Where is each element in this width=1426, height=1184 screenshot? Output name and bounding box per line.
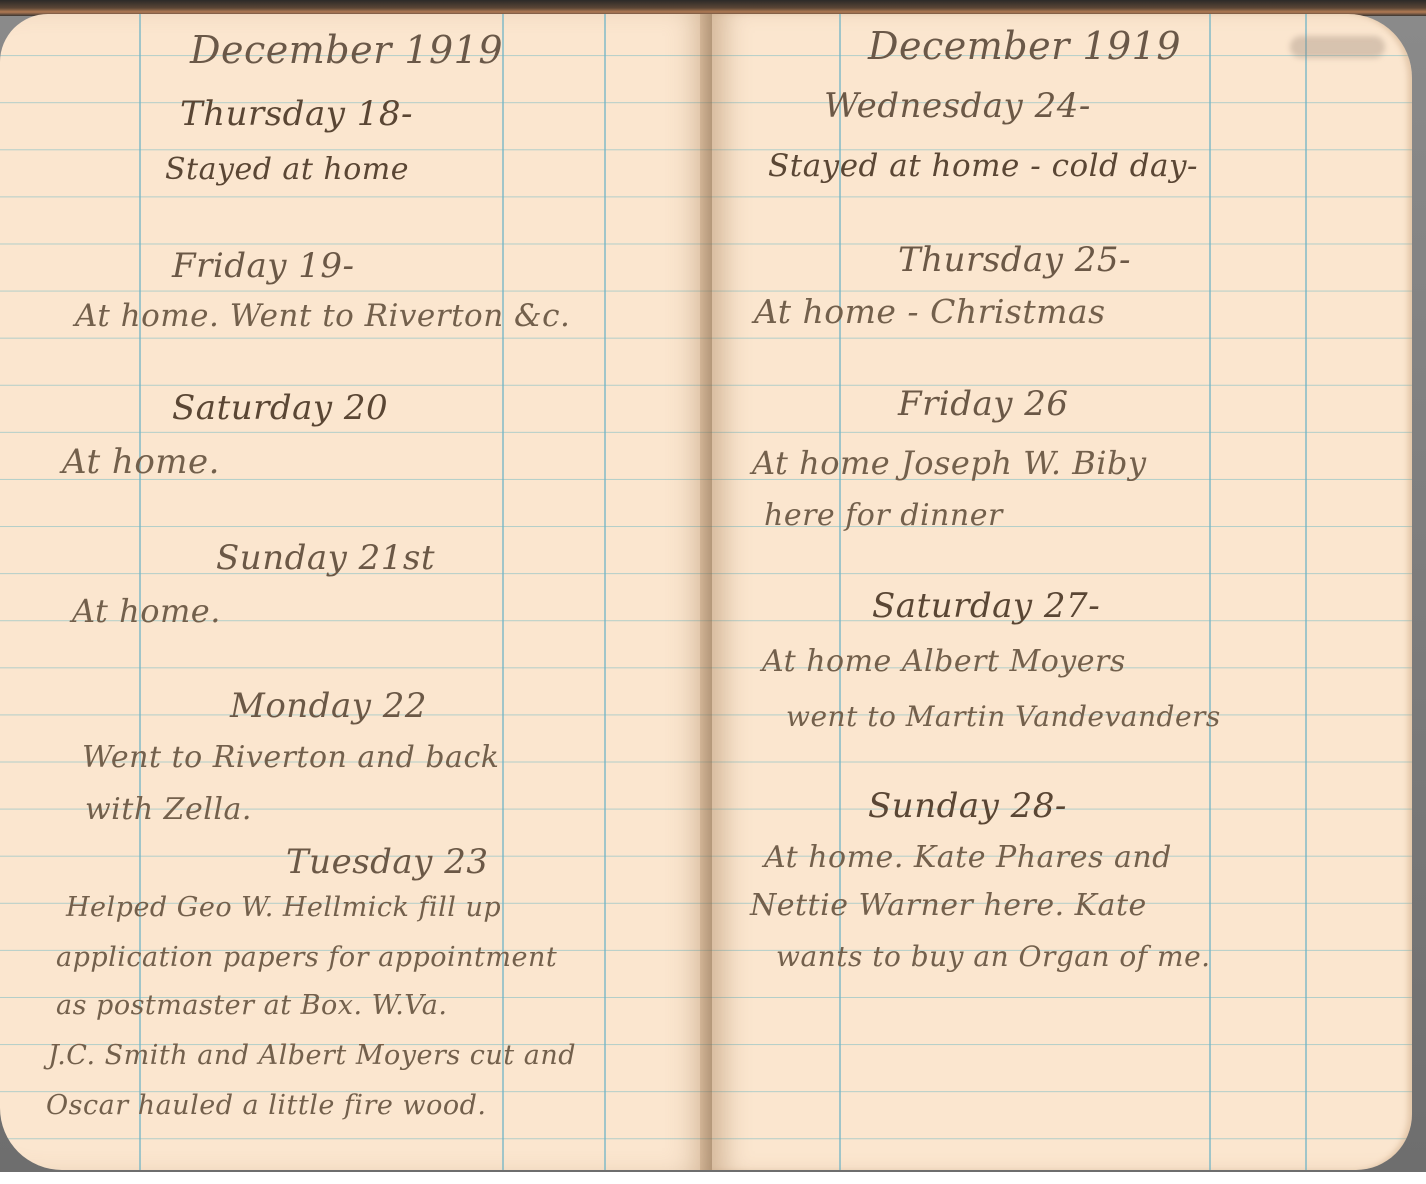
day-heading: Friday 26 [898,384,1069,424]
grid-vertical-line [604,14,606,1170]
entry-text: At home - Christmas [754,292,1106,331]
grid-vertical-line [1305,14,1307,1170]
entry-text: Helped Geo W. Hellmick fill up [66,892,501,923]
entry-text: Went to Riverton and back [82,740,499,775]
entry-text: Stayed at home [165,152,409,187]
entry-text: wants to buy an Organ of me. [776,940,1211,973]
entry-text: Oscar hauled a little fire wood. [46,1090,487,1121]
entry-text: At home. [72,592,221,630]
page-stain [1290,36,1385,58]
entry-text: Nettie Warner here. Kate [750,888,1147,923]
day-heading: Friday 19- [172,246,355,286]
month-header: December 1919 [190,28,503,72]
entry-text: J.C. Smith and Albert Moyers cut and [48,1040,576,1071]
right-page: December 1919 Wednesday 24- Stayed at ho… [712,14,1412,1170]
entry-text: went to Martin Vandevanders [786,700,1221,733]
entry-text: At home Joseph W. Biby [752,444,1147,482]
entry-text: as postmaster at Box. W.Va. [56,990,448,1021]
day-heading: Wednesday 24- [824,86,1091,126]
entry-text: At home. Went to Riverton &c. [75,298,570,334]
entry-text: At home. [62,442,220,482]
entry-text: with Zella. [85,792,252,827]
entry-text: At home. Kate Phares and [764,840,1172,875]
entry-text: At home Albert Moyers [762,644,1126,679]
month-header: December 1919 [868,24,1181,68]
day-heading: Tuesday 23 [286,842,488,882]
entry-text: here for dinner [764,498,1003,533]
entry-text: Stayed at home - cold day- [768,148,1198,184]
day-heading: Sunday 28- [868,786,1067,826]
grid-vertical-line [839,14,841,1170]
day-heading: Thursday 25- [898,240,1131,280]
day-heading: Monday 22 [230,686,427,726]
left-page: December 1919 Thursday 18- Stayed at hom… [0,14,712,1170]
day-heading: Saturday 20 [172,388,388,428]
entry-text: application papers for appointment [56,942,557,973]
day-heading: Sunday 21st [216,538,435,578]
day-heading: Thursday 18- [180,94,413,134]
grid-vertical-line [502,14,504,1170]
day-heading: Saturday 27- [872,586,1100,626]
grid-vertical-line [1209,14,1211,1170]
